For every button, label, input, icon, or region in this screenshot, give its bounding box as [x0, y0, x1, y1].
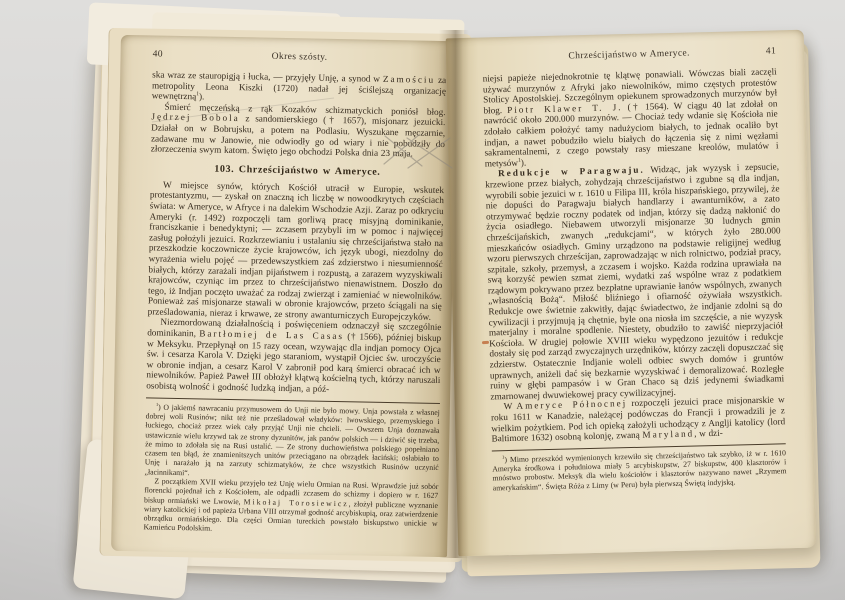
text-run: , w dzi-	[694, 428, 723, 439]
section-heading: 103. Chrześcijaństwo w Ameryce.	[150, 162, 444, 179]
paragraph: niejsi papieże niejednokrotnie tę klątwę…	[483, 66, 779, 168]
page-number: 40	[153, 49, 164, 59]
paragraph: Śmierć męczeńską z rąk Kozaków schizmaty…	[151, 101, 446, 160]
paragraph: W Ameryce Północnej rozpoczęli jezuici p…	[491, 395, 786, 445]
text-run: ).	[199, 92, 205, 102]
running-title: Okres szósty.	[153, 49, 447, 65]
right-footnotes: 1) Mimo przeszkód wymienionych krzewiło …	[492, 448, 787, 492]
left-body-main: W miejsce synów, których Kościół utracił…	[146, 179, 444, 396]
text-run: W miejsce synów, których Kościół utracił…	[148, 179, 445, 321]
paragraph: Redukcje w Paragwaju. Widząc, jak wyzysk…	[485, 162, 785, 402]
text-run: Zamościu	[383, 74, 435, 85]
left-page-content: 40 Okres szósty. ska wraz ze stauropigją…	[111, 35, 456, 538]
left-page: 40 Okres szósty. ska wraz ze stauropigją…	[111, 35, 457, 557]
running-title: Chrześcijaństwo w Ameryce.	[482, 46, 776, 63]
text-run: ) O jakiemś nawracaniu przymusowem do Un…	[145, 402, 440, 477]
left-footnotes: 1) O jakiemś nawracaniu przymusowem do U…	[143, 402, 439, 538]
text-run: ).	[521, 157, 527, 167]
paragraph: 1) Mimo przeszkód wymienionych krzewiło …	[492, 448, 787, 492]
right-page: Chrześcijaństwo w Ameryce. 41 niejsi pap…	[446, 30, 817, 557]
book-photo: { "left_page": { "page_number": "40", "r…	[0, 0, 845, 600]
left-body-top: ska wraz ze stauropigją i łucka, — przyj…	[151, 69, 447, 159]
paragraph: 1) O jakiemś nawracaniu przymusowem do U…	[145, 402, 440, 482]
text-run: W	[504, 401, 517, 411]
text-run: Maryland	[642, 429, 694, 440]
right-page-content: Chrześcijaństwo w Ameryce. 41 niejsi pap…	[446, 30, 815, 494]
text-run: († 1566), później biskup w Meksyku. Prze…	[146, 331, 441, 394]
margin-mark	[482, 341, 489, 344]
paragraph: W miejsce synów, których Kościół utracił…	[148, 179, 445, 322]
right-body: niejsi papieże niejednokrotnie tę klątwę…	[483, 66, 786, 444]
open-book: 40 Okres szósty. ska wraz ze stauropigją…	[90, 16, 830, 586]
left-page-header: 40 Okres szósty.	[152, 49, 446, 67]
paragraph: Niezmordowaną działalnością i poświęceni…	[146, 317, 441, 397]
paragraph: Z początkiem XVII wieku przyjęło też Unj…	[143, 476, 438, 537]
page-number: 41	[766, 46, 777, 56]
right-page-header: Chrześcijaństwo w Ameryce. 41	[482, 46, 776, 65]
text-run: ) Mimo przeszkód wymienionych krzewiło s…	[492, 448, 786, 492]
text-run: Widząc, jak wyzysk i zepsucie, krzewione…	[485, 162, 784, 402]
